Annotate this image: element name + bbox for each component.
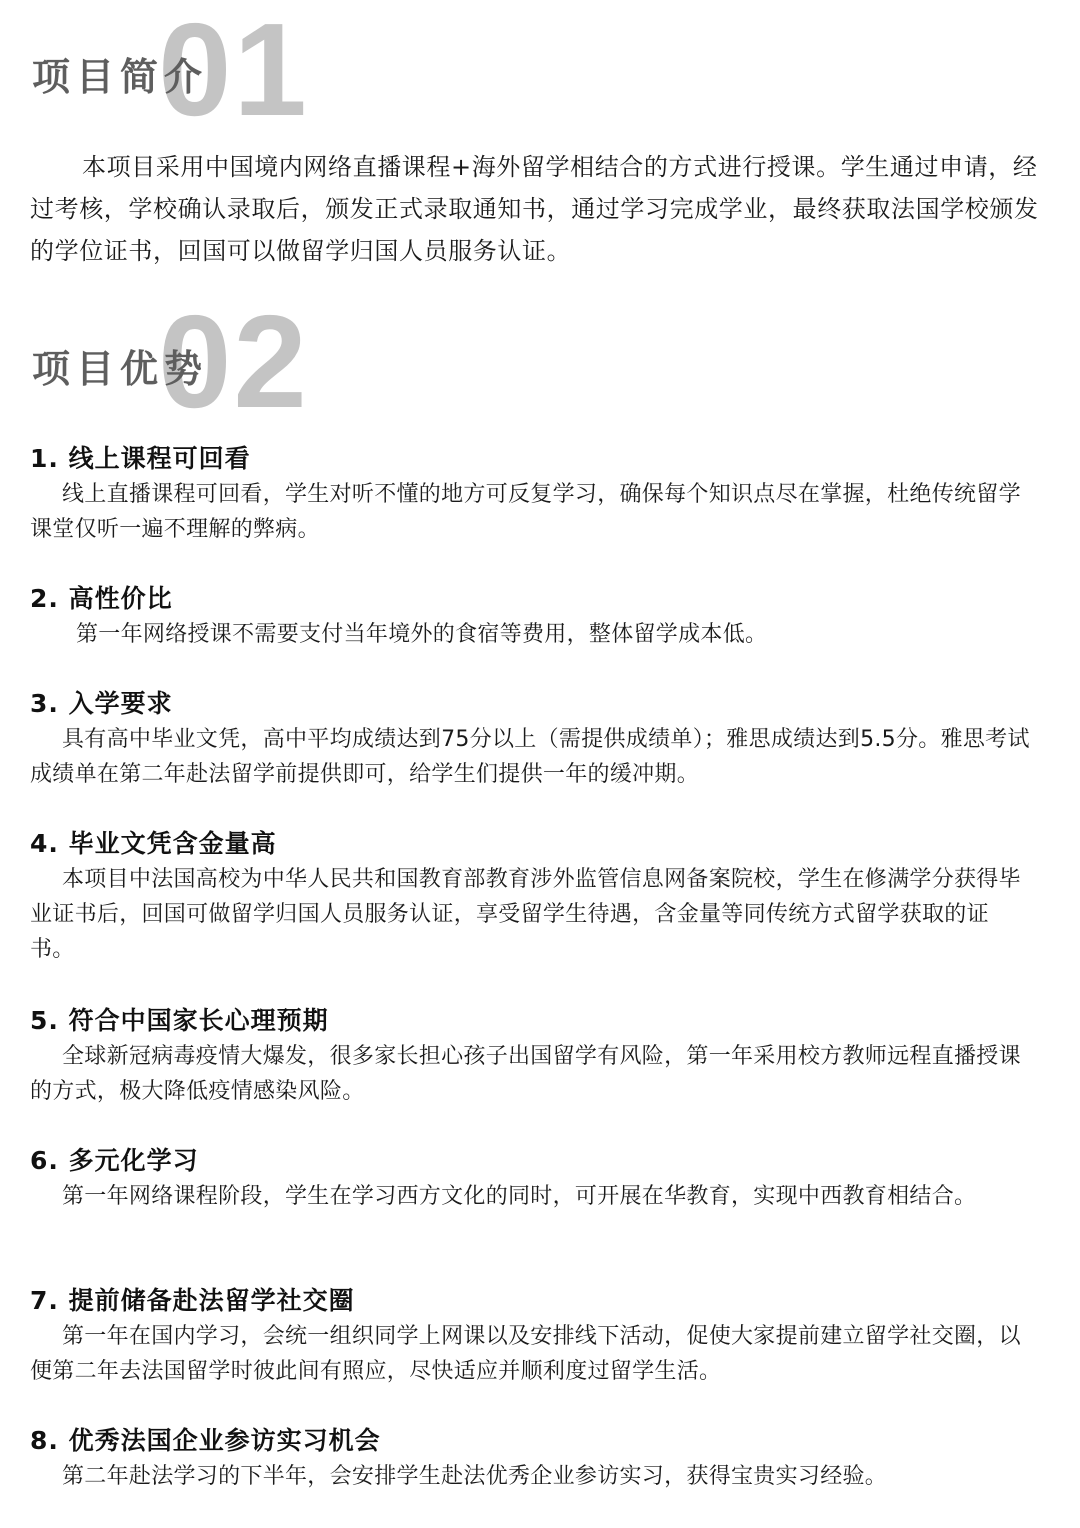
advantage-item-4: 4. 毕业文凭含金量高 本项目中法国高校为中华人民共和国教育部教育涉外监管信息网… xyxy=(30,828,1030,967)
advantage-body: 全球新冠病毒疫情大爆发，很多家长担心孩子出国留学有风险，第一年采用校方教师远程直… xyxy=(30,1039,1030,1109)
advantage-title: 3. 入学要求 xyxy=(30,688,1030,720)
advantage-item-1: 1. 线上课程可回看 线上直播课程可回看，学生对听不懂的地方可反复学习，确保每个… xyxy=(30,443,1030,547)
advantage-body: 具有高中毕业文凭，高中平均成绩达到75分以上（需提供成绩单）；雅思成绩达到5.5… xyxy=(30,722,1030,792)
advantage-body: 第一年在国内学习，会统一组织同学上网课以及安排线下活动，促使大家提前建立留学社交… xyxy=(30,1319,1030,1389)
advantage-title: 2. 高性价比 xyxy=(30,583,1030,615)
advantage-title: 1. 线上课程可回看 xyxy=(30,443,1030,475)
section-title-advantages: 项目优势 xyxy=(32,350,208,388)
advantage-title: 6. 多元化学习 xyxy=(30,1145,1030,1177)
advantage-item-8: 8. 优秀法国企业参访实习机会 第二年赴法学习的下半年，会安排学生赴法优秀企业参… xyxy=(30,1425,1030,1494)
advantage-body: 本项目中法国高校为中华人民共和国教育部教育涉外监管信息网备案院校，学生在修满学分… xyxy=(30,862,1030,967)
advantage-body: 第一年网络授课不需要支付当年境外的食宿等费用，整体留学成本低。 xyxy=(30,617,1030,652)
advantage-body: 第一年网络课程阶段，学生在学习西方文化的同时，可开展在华教育，实现中西教育相结合… xyxy=(30,1179,1030,1214)
intro-paragraph: 本项目采用中国境内网络直播课程+海外留学相结合的方式进行授课。学生通过申请，经过… xyxy=(30,146,1052,272)
advantage-title: 8. 优秀法国企业参访实习机会 xyxy=(30,1425,1030,1457)
advantage-title: 4. 毕业文凭含金量高 xyxy=(30,828,1030,860)
advantage-item-3: 3. 入学要求 具有高中毕业文凭，高中平均成绩达到75分以上（需提供成绩单）；雅… xyxy=(30,688,1030,792)
section-title-intro: 项目简介 xyxy=(32,58,208,96)
advantage-item-7: 7. 提前储备赴法留学社交圈 第一年在国内学习，会统一组织同学上网课以及安排线下… xyxy=(30,1285,1030,1389)
advantage-body: 第二年赴法学习的下半年，会安排学生赴法优秀企业参访实习，获得宝贵实习经验。 xyxy=(30,1459,1030,1494)
advantage-item-5: 5. 符合中国家长心理预期 全球新冠病毒疫情大爆发，很多家长担心孩子出国留学有风… xyxy=(30,1005,1030,1109)
section-heading-intro: 01 项目简介 xyxy=(0,0,420,120)
section-heading-advantages: 02 项目优势 xyxy=(0,290,420,410)
advantage-item-2: 2. 高性价比 第一年网络授课不需要支付当年境外的食宿等费用，整体留学成本低。 xyxy=(30,583,1030,652)
advantage-body: 线上直播课程可回看，学生对听不懂的地方可反复学习，确保每个知识点尽在掌握，杜绝传… xyxy=(30,477,1030,547)
advantage-title: 7. 提前储备赴法留学社交圈 xyxy=(30,1285,1030,1317)
advantage-title: 5. 符合中国家长心理预期 xyxy=(30,1005,1030,1037)
advantage-item-6: 6. 多元化学习 第一年网络课程阶段，学生在学习西方文化的同时，可开展在华教育，… xyxy=(30,1145,1030,1214)
